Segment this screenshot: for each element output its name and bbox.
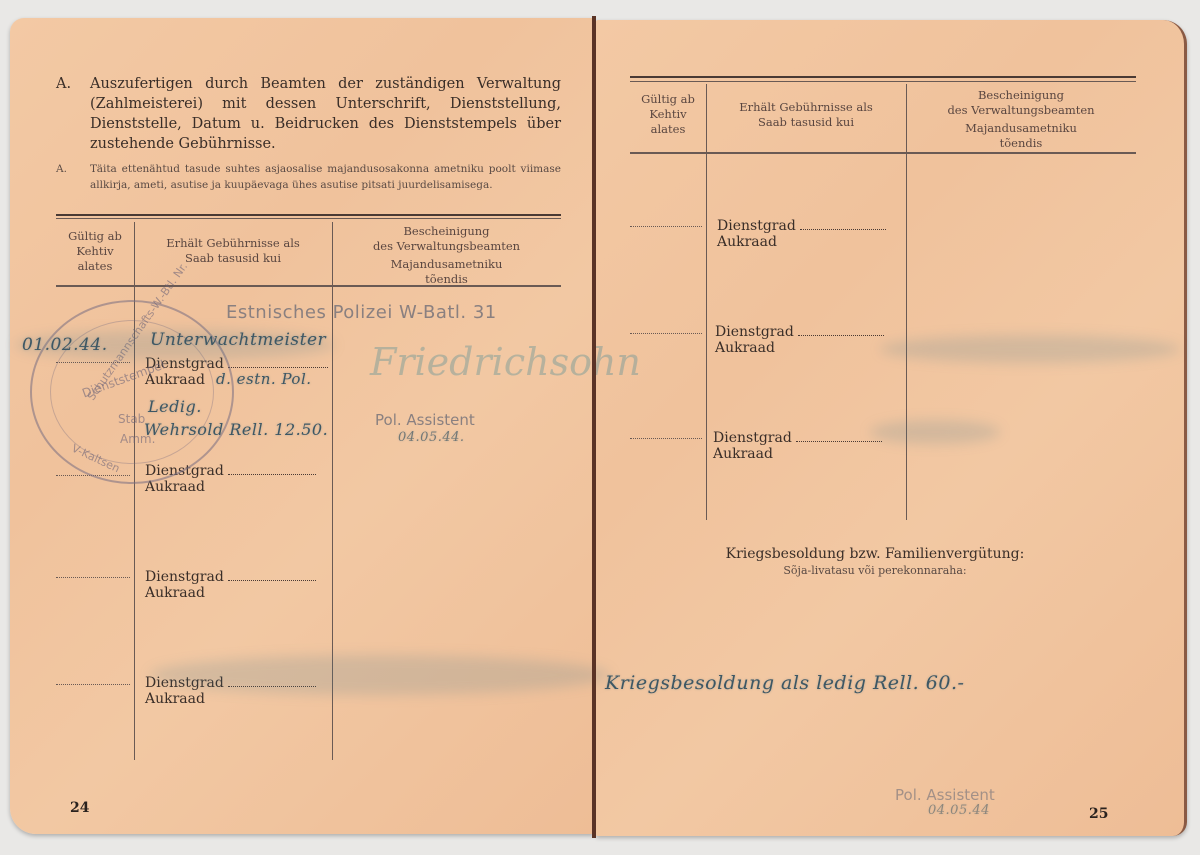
instruction-estonian: A. Täita ettenähtud tasude suhtes asjaos… bbox=[56, 161, 561, 193]
header-line: Saab tasusid kui bbox=[134, 251, 332, 266]
date-field-line bbox=[630, 438, 702, 439]
table-top-rule-thin bbox=[56, 218, 561, 219]
section-title-de: Kriegsbesoldung bzw. Familienvergütung: bbox=[690, 545, 1060, 563]
date-field-line bbox=[56, 577, 130, 578]
header-line: tõendis bbox=[906, 136, 1136, 151]
header-line: Erhält Gebührnisse als bbox=[706, 100, 906, 115]
date-field-line bbox=[56, 684, 130, 685]
header-receives-pay-as: Erhält Gebührnisse als Saab tasusid kui bbox=[134, 236, 332, 266]
header-line: Erhält Gebührnisse als bbox=[134, 236, 332, 251]
handwritten-rank: Unterwachtmeister bbox=[150, 330, 326, 350]
rank-label-et: Aukraad bbox=[145, 585, 316, 601]
instruction-estonian-text: Täita ettenähtud tasude suhtes asjaosali… bbox=[90, 161, 561, 193]
header-line: des Verwaltungsbeamten bbox=[906, 103, 1136, 118]
header-line: tõendis bbox=[332, 272, 561, 287]
header-line: Majandusametniku bbox=[906, 121, 1136, 136]
header-line: Bescheinigung bbox=[906, 88, 1136, 103]
header-line: Gültig ab bbox=[56, 229, 134, 244]
rank-field-line bbox=[798, 324, 884, 336]
header-valid-from: Gültig ab Kehtiv alates bbox=[56, 229, 134, 274]
rank-label-de: Dienstgrad bbox=[713, 430, 792, 446]
rank-label-et: Aukraad bbox=[145, 479, 316, 495]
signature-title: Pol. Assistent bbox=[375, 411, 475, 429]
ink-transfer bbox=[880, 335, 1180, 363]
header-line: Saab tasusid kui bbox=[706, 115, 906, 130]
handwritten-unit: d. estn. Pol. bbox=[216, 370, 312, 388]
header-line: Kehtiv bbox=[630, 107, 706, 122]
rank-label-et: Aukraad bbox=[717, 234, 886, 250]
date-field-line bbox=[630, 333, 702, 334]
page-number: 25 bbox=[1089, 806, 1108, 822]
war-pay-section: Kriegsbesoldung bzw. Familienvergütung: … bbox=[690, 545, 1060, 579]
section-title-et: Sõja-livatasu või perekonnaraha: bbox=[690, 563, 1060, 579]
header-receives-pay-as: Erhält Gebührnisse als Saab tasusid kui bbox=[706, 100, 906, 130]
signature-title: Pol. Assistent bbox=[895, 786, 995, 804]
header-line: des Verwaltungsbeamten bbox=[332, 239, 561, 254]
page-number: 24 bbox=[70, 800, 89, 816]
instruction-german-text: Auszufertigen durch Beamten der zuständi… bbox=[90, 74, 561, 154]
rank-field-line bbox=[228, 463, 316, 475]
instruction-german: A. Auszufertigen durch Beamten der zustä… bbox=[56, 74, 561, 154]
header-line: Bescheinigung bbox=[332, 224, 561, 239]
header-line: Gültig ab bbox=[630, 92, 706, 107]
table-top-rule bbox=[56, 214, 561, 216]
ink-smudge bbox=[150, 655, 610, 695]
column-divider bbox=[706, 84, 707, 520]
header-valid-from: Gültig ab Kehtiv alates bbox=[630, 92, 706, 137]
stamp-text: Stab bbox=[118, 412, 145, 426]
rank-field-line bbox=[228, 569, 316, 581]
header-line: alates bbox=[56, 259, 134, 274]
handwritten-pay: Wehrsold Rell. 12.50. bbox=[144, 420, 328, 439]
instruction-letter: A. bbox=[56, 74, 71, 94]
signature-date: 04.05.44 bbox=[928, 803, 990, 818]
handwritten-status: Ledig. bbox=[148, 397, 202, 416]
rank-label-et: Aukraad bbox=[713, 446, 882, 462]
book-spine bbox=[592, 16, 596, 838]
signature: Friedrichsohn bbox=[370, 340, 641, 384]
handwritten-date: 01.02.44. bbox=[22, 335, 108, 355]
header-line: Majandusametniku bbox=[332, 257, 561, 272]
header-line: alates bbox=[630, 122, 706, 137]
rank-field-line bbox=[800, 218, 886, 230]
table-top-rule bbox=[630, 76, 1136, 78]
rank-label-de: Dienstgrad bbox=[717, 218, 796, 234]
unit-stamp-header: Estnisches Polizei W-Batl. 31 bbox=[226, 302, 497, 323]
handwritten-war-pay: Kriegsbesoldung als ledig Rell. 60.- bbox=[605, 672, 964, 694]
ink-transfer bbox=[870, 420, 1000, 444]
rank-label-de: Dienstgrad bbox=[145, 569, 224, 585]
rank-entry: Dienstgrad Aukraad bbox=[145, 569, 316, 601]
rank-label-et: Aukraad bbox=[715, 340, 884, 356]
header-line: Kehtiv bbox=[56, 244, 134, 259]
signature-date: 04.05.44. bbox=[398, 430, 465, 445]
rank-entry: Dienstgrad Aukraad bbox=[715, 324, 884, 356]
rank-entry: Dienstgrad Aukraad bbox=[713, 430, 882, 462]
rank-label-de: Dienstgrad bbox=[715, 324, 794, 340]
rank-entry: Dienstgrad Aukraad bbox=[717, 218, 886, 250]
instruction-letter: A. bbox=[56, 161, 67, 177]
table-top-rule-thin bbox=[630, 81, 1136, 82]
header-certification: Bescheinigung des Verwaltungsbeamten Maj… bbox=[332, 224, 561, 287]
header-certification: Bescheinigung des Verwaltungsbeamten Maj… bbox=[906, 88, 1136, 151]
date-field-line bbox=[630, 226, 702, 227]
